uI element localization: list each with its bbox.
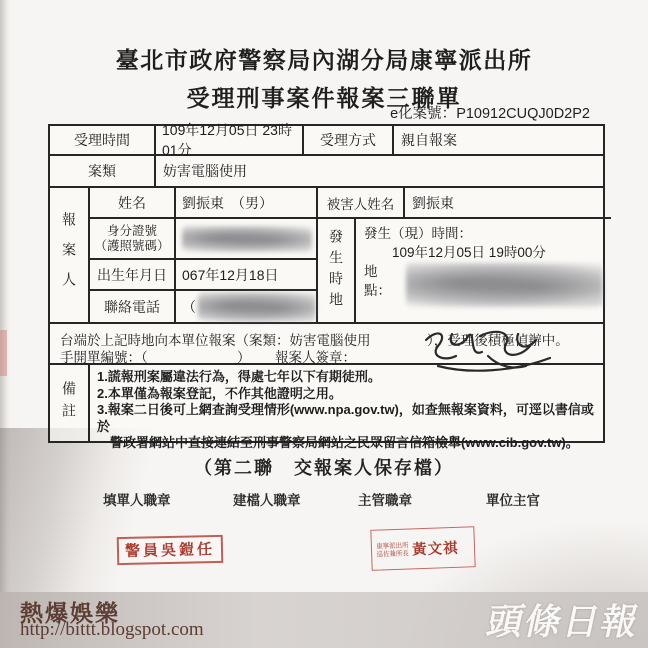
occur-time-label: 發生（現）時間： <box>364 224 603 243</box>
occur-time-value: 109年12月05日 19時00分 <box>364 243 603 262</box>
dob-label: 出生年月日 <box>90 260 174 289</box>
id-value-redacted <box>174 219 316 258</box>
accept-time-row: 受理時間 109年12月05日 23時01分 受理方式 親自報案 <box>50 126 603 156</box>
note-line: 2.本單僅為報案登記，不作其他證明之用。 <box>97 386 596 403</box>
victim-label: 被害人姓名 <box>318 188 403 217</box>
supervisor-stamp-name: 黃文祺 <box>412 537 459 560</box>
victim-row: 被害人姓名 劉振東 <box>318 188 611 219</box>
party-section: 報案人 姓名 劉振東 （男） 身分證號 （護照號碼） <box>50 188 603 324</box>
phone-label: 聯絡電話 <box>90 291 174 322</box>
ecase-number-line: e化案號：P10912CUQJ0D2P2 <box>390 102 590 123</box>
report-form-table: 受理時間 109年12月05日 23時01分 受理方式 親自報案 案類 妨害電腦… <box>48 124 605 443</box>
watermark-bar: 熱爆娛樂 http://bittt.blogspot.com 頭條日報 <box>0 592 648 648</box>
name-row: 姓名 劉振東 （男） <box>90 188 316 219</box>
case-type-value: 妨害電腦使用 <box>154 156 603 186</box>
reporter-group-label: 報案人 <box>50 188 90 322</box>
phone-row: 聯絡電話 （ <box>90 291 316 322</box>
id-label: 身分證號 （護照號碼） <box>90 219 174 258</box>
occurrence-group-label: 發生時地 <box>318 219 356 322</box>
name-value: 劉振東 （男） <box>174 188 316 217</box>
reporter-signature <box>418 326 558 381</box>
seal-label-archiver: 建檔人職章 <box>233 489 301 509</box>
accept-method-value: 親自報案 <box>392 126 603 154</box>
victim-occurrence-block: 被害人姓名 劉振東 發生時地 發生（現）時間： 109年12月05日 19時00… <box>316 188 611 322</box>
supervisor-stamp-title: 康寧派出所 巡佐兼所長 <box>376 541 409 558</box>
reporter-block: 報案人 姓名 劉振東 （男） 身分證號 （護照號碼） <box>50 188 316 322</box>
seal-label-filler: 填單人職章 <box>103 489 171 509</box>
occurrence-content: 發生（現）時間： 109年12月05日 19時00分 地點： <box>356 219 611 322</box>
headline-daily-logo: 頭條日報 <box>483 594 646 645</box>
seal-label-supervisor: 主管職章 <box>358 489 412 509</box>
note-line: 警政署網站中直接連結至刑事警察局網站之民眾留言信箱檢舉(www.cib.gov.… <box>97 435 596 452</box>
redaction-smudge <box>198 292 316 322</box>
ecase-label: e化案號： <box>390 106 456 122</box>
accept-time-label: 受理時間 <box>50 126 154 154</box>
seal-label-unit-chief: 單位主官 <box>486 489 540 509</box>
name-label: 姓名 <box>90 188 174 217</box>
page-title: 臺北市政府警察局內湖分局康寧派出所 <box>0 42 648 75</box>
copy-designation-line: （第二聯 交報案人保存檔） <box>0 454 648 480</box>
supervisor-red-stamp: 康寧派出所 巡佐兼所長 黃文祺 <box>370 526 475 571</box>
officer-red-stamp: 警員吳鎧任 <box>117 535 224 565</box>
redaction-smudge <box>182 226 312 252</box>
redaction-smudge <box>406 263 603 307</box>
watermark-site-url: http://bittt.blogspot.com <box>20 619 204 641</box>
occur-place-line: 地點： <box>364 262 603 307</box>
paper-edge-tint <box>0 330 7 376</box>
case-type-row: 案類 妨害電腦使用 <box>50 156 603 188</box>
case-type-label: 案類 <box>50 156 154 186</box>
ecase-value: P10912CUQJ0D2P2 <box>456 106 590 122</box>
dob-row: 出生年月日 067年12月18日 <box>90 260 316 291</box>
signature-label: 報案人簽章： <box>275 346 356 366</box>
accept-time-value: 109年12月05日 23時01分 <box>154 126 302 154</box>
occur-place-label: 地點： <box>364 262 402 300</box>
occurrence-row: 發生時地 發生（現）時間： 109年12月05日 19時00分 地點： <box>318 219 611 322</box>
dob-value: 067年12月18日 <box>174 260 316 289</box>
note-line: 3.報案二日後可上網查詢受理情形(www.npa.gov.tw)，如查無報案資料… <box>97 402 596 435</box>
accept-method-label: 受理方式 <box>302 126 392 154</box>
phone-value-redacted: （ <box>174 291 316 322</box>
notes-label: 備註 <box>50 365 90 441</box>
victim-value: 劉振東 <box>403 188 611 217</box>
manual-no-label: 手開單編號：（ <box>60 346 148 366</box>
id-row: 身分證號 （護照號碼） <box>90 219 316 260</box>
manual-no-close: ） <box>237 346 251 366</box>
scanned-report-photo: 臺北市政府警察局內湖分局康寧派出所 受理刑事案件報案三聯單 e化案號：P1091… <box>0 0 648 648</box>
